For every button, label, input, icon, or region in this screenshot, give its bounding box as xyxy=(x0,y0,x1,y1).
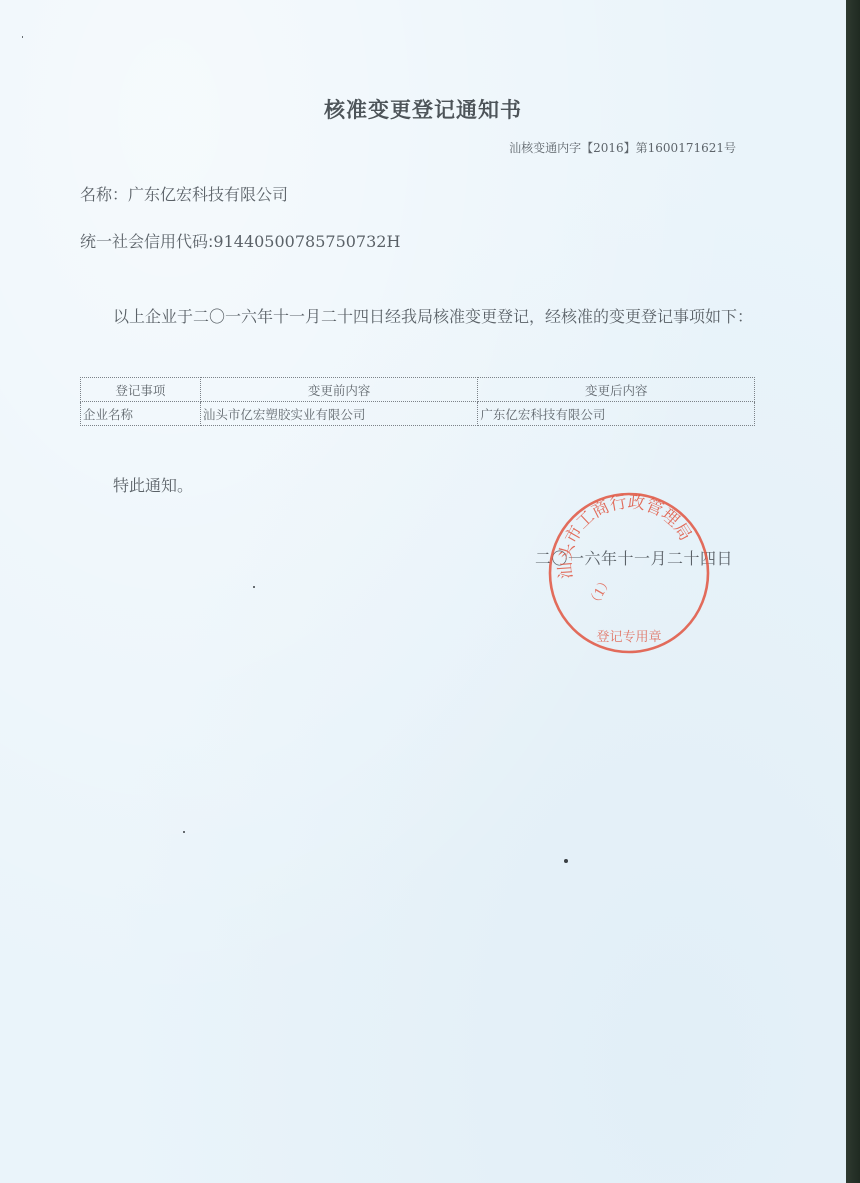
company-name-value: 广东亿宏科技有限公司 xyxy=(128,185,288,204)
header-before: 变更前内容 xyxy=(200,378,478,402)
scan-speck xyxy=(22,36,23,38)
seal-bottom-text: 登记专用章 xyxy=(596,629,661,645)
scan-edge-border xyxy=(846,0,860,1183)
company-name-label: 名称： xyxy=(80,185,128,204)
credit-code-label: 统一社会信用代码: xyxy=(80,232,213,251)
credit-code-field: 统一社会信用代码:91440500785750732H xyxy=(80,229,400,252)
header-after: 变更后内容 xyxy=(478,378,755,402)
issue-date: 二〇一六年十一月二十四日 xyxy=(535,546,733,569)
scan-speck xyxy=(253,586,255,588)
table-header-row: 登记事项 变更前内容 变更后内容 xyxy=(81,378,755,402)
cell-before: 汕头市亿宏塑胶实业有限公司 xyxy=(200,402,478,426)
closing-text: 特此通知。 xyxy=(113,473,193,496)
official-seal-stamp: 汕头市工商行政管理局 （1） 登记专用章 xyxy=(547,491,711,655)
cell-after: 广东亿宏科技有限公司 xyxy=(478,402,755,426)
scan-speck xyxy=(564,859,568,863)
body-paragraph: 以上企业于二〇一六年十一月二十四日经我局核准变更登记，经核准的变更登记事项如下： xyxy=(80,298,770,336)
seal-number-text: （1） xyxy=(585,574,615,611)
document-title: 核准变更登记通知书 xyxy=(0,94,846,124)
header-item: 登记事项 xyxy=(81,378,201,402)
scan-speck xyxy=(183,831,185,833)
table-row: 企业名称 汕头市亿宏塑胶实业有限公司 广东亿宏科技有限公司 xyxy=(81,402,755,426)
document-page: 核准变更登记通知书 汕核变通内字【2016】第1600171621号 名称：广东… xyxy=(0,0,846,1183)
document-number: 汕核变通内字【2016】第1600171621号 xyxy=(509,139,736,156)
company-name-field: 名称：广东亿宏科技有限公司 xyxy=(80,182,288,205)
change-table: 登记事项 变更前内容 变更后内容 企业名称 汕头市亿宏塑胶实业有限公司 广东亿宏… xyxy=(80,377,755,426)
cell-item: 企业名称 xyxy=(81,402,201,426)
credit-code-value: 91440500785750732H xyxy=(213,232,400,251)
